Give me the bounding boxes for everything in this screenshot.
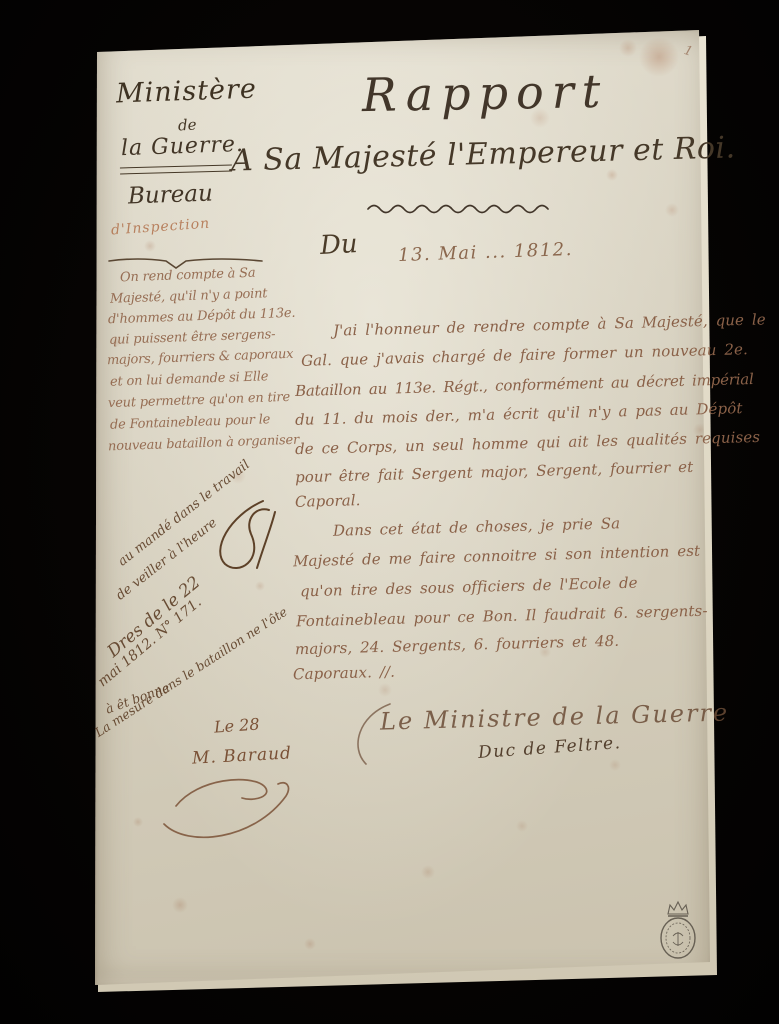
report-title: Rapport xyxy=(362,64,609,122)
margin-note-line: majors, fourriers & caporaux xyxy=(107,347,294,368)
dateline-value: 13. Mai ... 1812. xyxy=(398,239,574,266)
letterhead-de: de xyxy=(178,116,197,135)
report-subtitle: A Sa Majesté l'Empereur et Roi. xyxy=(231,130,736,178)
body-line: Dans cet état de choses, je prie Sa xyxy=(333,514,621,540)
margin-note-line: nouveau bataillon à organiser xyxy=(108,433,299,455)
margin-note-line: veut permettre qu'on en tire xyxy=(108,390,290,411)
margin-note-line: de Fontainebleau pour le xyxy=(110,412,271,433)
letterhead-ministere: Ministère xyxy=(116,74,258,110)
letterhead-la-guerre: la Guerre. xyxy=(121,132,245,161)
body-line: de ce Corps, un seul homme qui ait les q… xyxy=(295,428,760,458)
minister-signature: Duc de Feltre. xyxy=(477,733,622,763)
body-line: du 11. du mois der., m'a écrit qu'il n'y… xyxy=(295,399,743,429)
letterhead-bureau-detail: d'Inspection xyxy=(111,216,211,239)
double-rule xyxy=(120,165,232,175)
body-line: Caporaux. //. xyxy=(293,663,395,684)
paraphe-flourish xyxy=(205,498,277,580)
body-line: J'ai l'honneur de rendre compte à Sa Maj… xyxy=(333,310,766,339)
body-line: Fontainebleau pour ce Bon. Il faudrait 6… xyxy=(296,602,708,631)
body-line: Bataillon au 113e. Régt., conformément a… xyxy=(295,370,754,400)
closing-minister: Le Ministre de la Guerre xyxy=(380,698,730,735)
margin-note-line: Majesté, qu'il n'y a point xyxy=(110,286,268,306)
body-line: pour être fait Sergent major, Sergent, f… xyxy=(295,458,694,486)
body-line: majors, 24. Sergents, 6. fourriers et 48… xyxy=(295,632,620,658)
dateline-prefix: Du xyxy=(319,229,358,261)
docket-date: Le 28 xyxy=(213,714,260,736)
docket-clerk-name: M. Baraud xyxy=(192,743,293,768)
photo-background: 1 Ministère de la Guerre. Bureau d'Inspe… xyxy=(0,0,779,1024)
body-line: qu'on tire des sous officiers de l'Ecole… xyxy=(300,574,638,601)
body-line: Majesté de me faire connoitre si son int… xyxy=(293,542,701,571)
docket-paraphe-flourish xyxy=(158,768,308,846)
collector-stamp-icon xyxy=(650,898,706,962)
body-line: Caporal. xyxy=(295,491,361,511)
page-number: 1 xyxy=(682,43,695,60)
letterhead-bureau: Bureau xyxy=(128,181,214,210)
document-content: 1 Ministère de la Guerre. Bureau d'Inspe… xyxy=(0,0,779,1024)
margin-note-line: qui puissent être sergens- xyxy=(109,327,276,348)
wavy-rule-ornament xyxy=(366,203,556,215)
margin-note-line: et on lui demande si Elle xyxy=(110,369,269,390)
body-line: Gal. que j'avais chargé de faire former … xyxy=(301,340,748,370)
margin-note-line: d'hommes au Dépôt du 113e. xyxy=(108,306,296,328)
